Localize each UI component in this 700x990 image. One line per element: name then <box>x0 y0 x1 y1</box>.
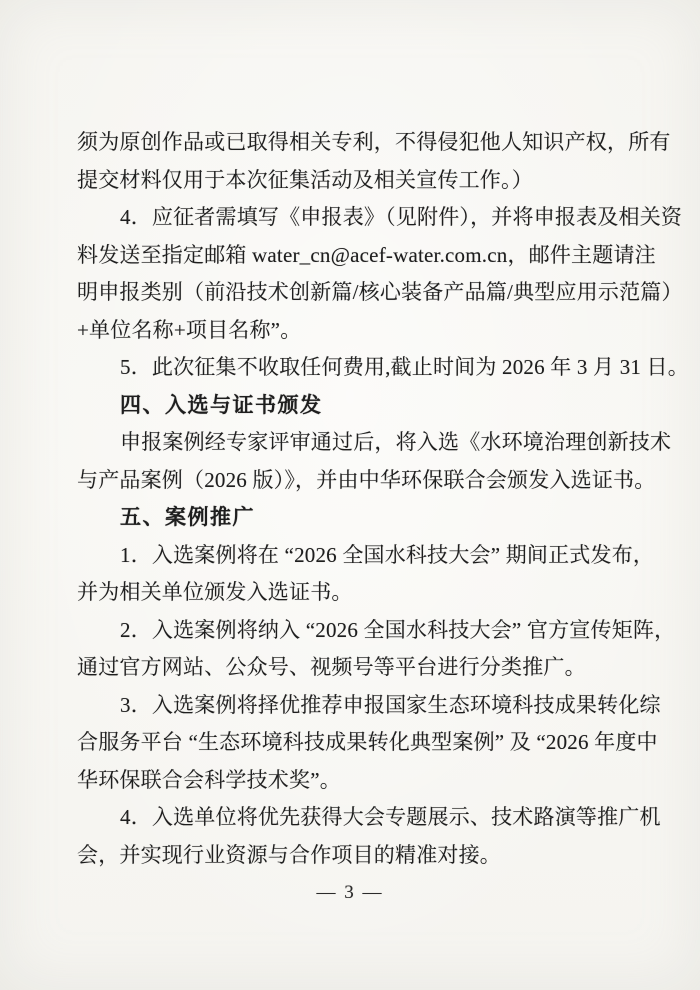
text-line: 2．入选案例将纳入 “2026 全国水科技大会” 官方宣传矩阵， <box>77 612 629 650</box>
document-body: 须为原创作品或已取得相关专利，不得侵犯他人知识产权，所有提交材料仅用于本次征集活… <box>77 124 629 874</box>
section-heading: 五、案例推广 <box>77 499 629 537</box>
text-line: 料发送至指定邮箱 water_cn@acef-water.com.cn，邮件主题… <box>77 237 629 275</box>
text-line: 申报案例经专家评审通过后，将入选《水环境治理创新技术 <box>77 424 629 462</box>
text-line: 5．此次征集不收取任何费用,截止时间为 2026 年 3 月 31 日。 <box>77 349 629 387</box>
document-page: 须为原创作品或已取得相关专利，不得侵犯他人知识产权，所有提交材料仅用于本次征集活… <box>0 0 700 990</box>
text-line: 明申报类别（前沿技术创新篇/核心装备产品篇/典型应用示范篇） <box>77 274 629 312</box>
text-line: 合服务平台 “生态环境科技成果转化典型案例” 及 “2026 年度中 <box>77 724 629 762</box>
text-line: 与产品案例（2026 版）》，并由中华环保联合会颁发入选证书。 <box>77 462 629 500</box>
text-line: 提交材料仅用于本次征集活动及相关宣传工作。） <box>77 162 629 200</box>
text-line: 须为原创作品或已取得相关专利，不得侵犯他人知识产权，所有 <box>77 124 629 162</box>
text-line: 4．入选单位将优先获得大会专题展示、技术路演等推广机 <box>77 799 629 837</box>
text-line: +单位名称+项目名称”。 <box>77 312 629 350</box>
text-line: 华环保联合会科学技术奖”。 <box>77 762 629 800</box>
section-heading: 四、入选与证书颁发 <box>77 387 629 425</box>
text-line: 通过官方网站、公众号、视频号等平台进行分类推广。 <box>77 649 629 687</box>
text-line: 并为相关单位颁发入选证书。 <box>77 574 629 612</box>
text-line: 1．入选案例将在 “2026 全国水科技大会” 期间正式发布， <box>77 537 629 575</box>
text-line: 4．应征者需填写《申报表》（见附件），并将申报表及相关资 <box>77 199 629 237</box>
text-line: 3．入选案例将择优推荐申报国家生态环境科技成果转化综 <box>77 687 629 725</box>
text-line: 会，并实现行业资源与合作项目的精准对接。 <box>77 837 629 875</box>
page-number: — 3 — <box>0 882 700 904</box>
